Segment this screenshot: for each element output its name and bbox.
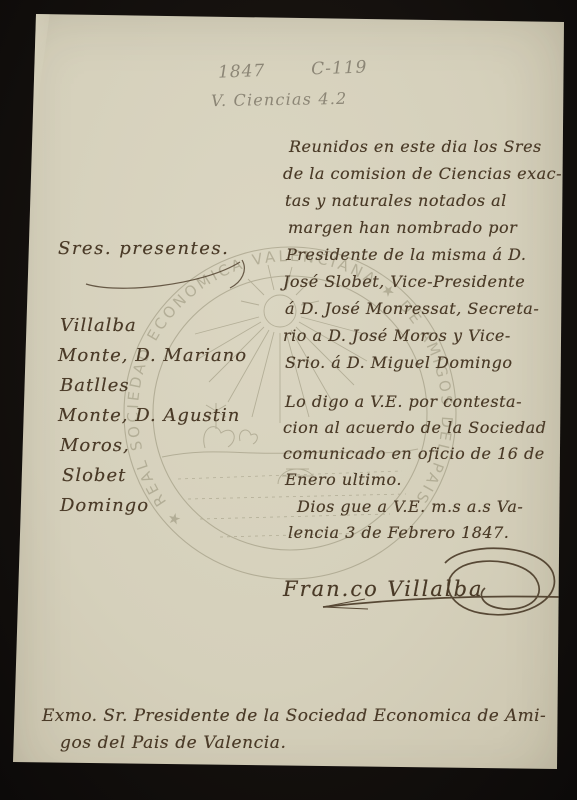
letter-body: Reunidos en este dia los Sres de la comi… (283, 133, 561, 376)
manuscript-line: cion al acuerdo de la Sociedad (283, 415, 561, 441)
paper-corner-fold (20, 12, 50, 124)
attendee-name: Villalba (60, 311, 247, 341)
manuscript-line: Enero ultimo. (285, 467, 561, 493)
photo-stage: ★ REAL SOCIEDAD ECONOMICA VALENCIANA ★ D… (0, 0, 577, 800)
reference-annotation: C-119 (311, 57, 368, 79)
classification-annotation: V. Ciencias 4.2 (211, 89, 348, 110)
signature-rubric (305, 533, 570, 628)
attendee-name: Monte, D. Agustin (58, 401, 247, 431)
manuscript-line: tas y naturales notados al (285, 187, 561, 214)
attendee-name: Monte, D. Mariano (58, 341, 247, 371)
address-block: Exmo. Sr. Presidente de la Sociedad Econ… (42, 706, 542, 753)
presentes-underline-swash (72, 252, 262, 300)
attendee-name: Moros, (60, 431, 247, 461)
manuscript-line: Presidente de la misma á D. (286, 241, 561, 268)
manuscript-line: Dios gue a V.E. m.s a.s Va- (297, 494, 566, 520)
manuscript-line: Srio. á D. Miguel Domingo (285, 349, 561, 376)
manuscript-line: de la comision de Ciencias exac- (283, 160, 561, 187)
manuscript-line: José Slobet, Vice-Presidente (283, 268, 561, 295)
manuscript-line: Lo digo a V.E. por contesta- (285, 389, 561, 415)
attendee-list: Villalba Monte, D. Mariano Batlles Monte… (58, 311, 247, 521)
attendee-name: Slobet (62, 461, 247, 491)
document-page: ★ REAL SOCIEDAD ECONOMICA VALENCIANA ★ D… (0, 0, 577, 800)
manuscript-line: Reunidos en este dia los Sres (289, 133, 561, 160)
address-line: gos del Pais de Valencia. (60, 733, 542, 753)
manuscript-line: rio a D. José Moros y Vice- (283, 322, 561, 349)
manuscript-line: á D. José Monressat, Secreta- (285, 295, 561, 322)
attendee-name: Batlles (60, 371, 247, 401)
manuscript-line: margen han nombrado por (288, 214, 561, 241)
address-line: Exmo. Sr. Presidente de la Sociedad Econ… (42, 706, 542, 726)
letter-paragraph-2: Lo digo a V.E. por contesta- cion al acu… (283, 389, 561, 493)
manuscript-line: comunicado en oficio de 16 de (283, 441, 561, 467)
attendee-name: Domingo (60, 491, 247, 521)
pencil-annotation-row: 1847 C-119 (218, 57, 368, 82)
year-annotation: 1847 (218, 61, 266, 83)
